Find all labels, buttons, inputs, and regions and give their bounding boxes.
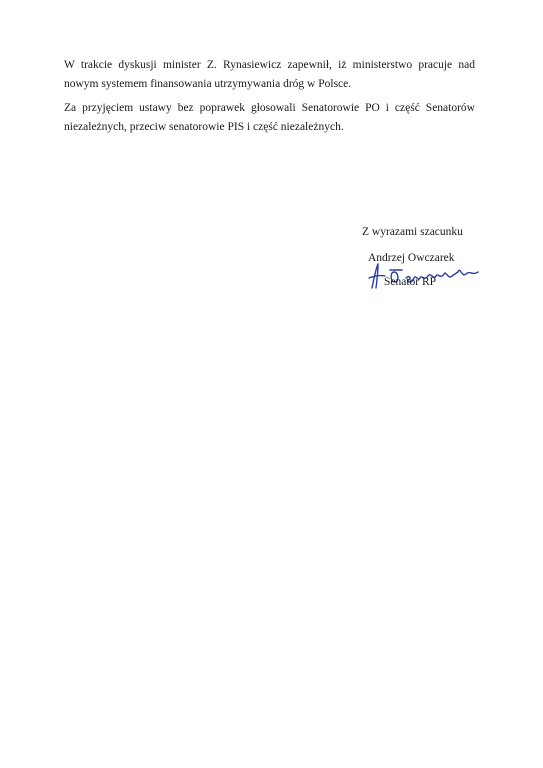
closing-salutation: Z wyrazami szacunku xyxy=(362,226,463,238)
signatory-title: Senator RP xyxy=(384,276,436,288)
paragraph-discussion: W trakcie dyskusji minister Z. Rynasiewi… xyxy=(64,56,475,94)
paragraph-vote: Za przyjęciem ustawy bez poprawek głosow… xyxy=(64,99,475,137)
document-page: W trakcie dyskusji minister Z. Rynasiewi… xyxy=(0,0,543,768)
